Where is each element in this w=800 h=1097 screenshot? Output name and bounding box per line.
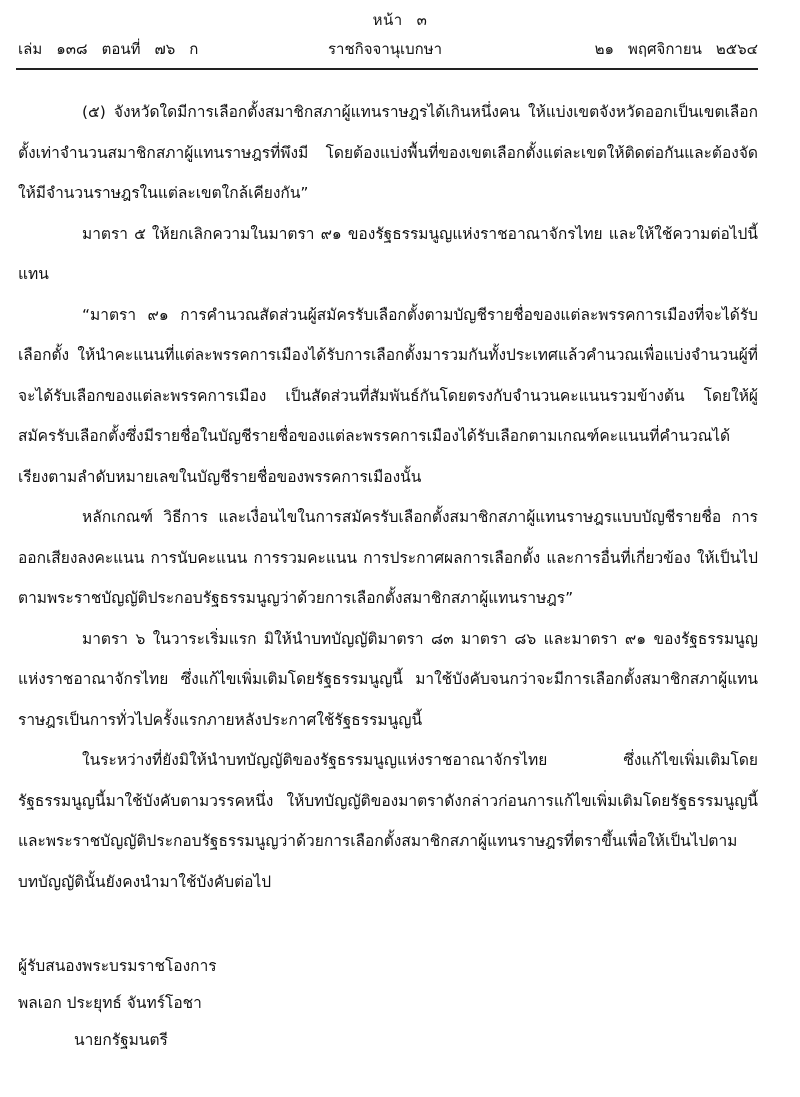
section-suffix: ก: [189, 40, 198, 58]
volume-label: เล่ม: [18, 40, 42, 58]
document-body: (๕) จังหวัดใดมีการเลือกตั้งสมาชิกสภาผู้แ…: [18, 92, 758, 902]
section-number: ๗๖: [154, 40, 175, 58]
signatory-position: นายกรัฐมนตรี: [18, 1022, 217, 1059]
paragraph-criteria: หลักเกณฑ์ วิธีการ และเงื่อนไขในการสมัครร…: [18, 497, 758, 619]
date-day: ๒๑: [595, 40, 614, 58]
paragraph-transitional: ในระหว่างที่ยังมิให้นำบทบัญญัติของรัฐธรร…: [18, 740, 758, 902]
countersign-label: ผู้รับสนองพระบรมราชโองการ: [18, 948, 217, 985]
signature-block: ผู้รับสนองพระบรมราชโองการ พลเอก ประยุทธ์…: [18, 948, 217, 1059]
publication-date: ๒๑พฤศจิกายน๒๕๖๔: [581, 37, 758, 61]
gazette-page: หน้า๓ เล่ม๑๓๘ตอนที่๗๖ก ราชกิจจานุเบกษา ๒…: [0, 0, 800, 1097]
signatory-name: พลเอก ประยุทธ์ จันทร์โอชา: [18, 985, 217, 1022]
page-number-value: ๓: [417, 11, 428, 29]
gazette-header: เล่ม๑๓๘ตอนที่๗๖ก ราชกิจจานุเบกษา ๒๑พฤศจิ…: [18, 37, 758, 61]
volume-section-info: เล่ม๑๓๘ตอนที่๗๖ก: [18, 37, 212, 61]
date-year: ๒๕๖๔: [716, 40, 758, 58]
section-label: ตอนที่: [102, 40, 141, 58]
paragraph-section-5: มาตรา ๕ ให้ยกเลิกความในมาตรา ๙๑ ของรัฐธร…: [18, 214, 758, 295]
volume-number: ๑๓๘: [56, 40, 87, 58]
paragraph-section-91: “มาตรา ๙๑ การคำนวณสัดส่วนผู้สมัครรับเลือ…: [18, 295, 758, 498]
paragraph-section-6: มาตรา ๖ ในวาระเริ่มแรก มิให้นำบทบัญญัติม…: [18, 619, 758, 741]
date-month: พฤศจิกายน: [628, 40, 702, 58]
paragraph-clause-5: (๕) จังหวัดใดมีการเลือกตั้งสมาชิกสภาผู้แ…: [18, 92, 758, 214]
page-number: หน้า๓: [0, 8, 800, 32]
publication-title: ราชกิจจานุเบกษา: [328, 37, 442, 61]
page-label: หน้า: [373, 11, 403, 29]
header-divider: [16, 68, 758, 70]
